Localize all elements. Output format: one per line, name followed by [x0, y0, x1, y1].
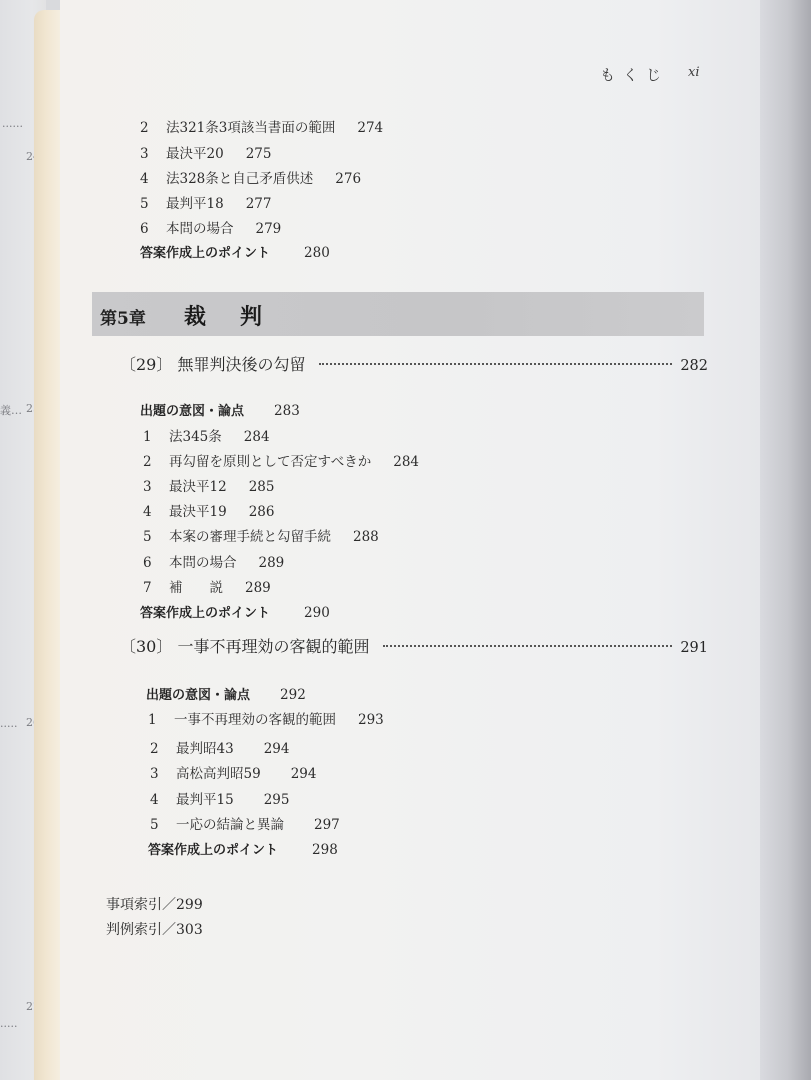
toc-section-30[interactable]: 〔30〕 一事不再理効の客観的範囲 291 [120, 634, 708, 658]
toc-intent[interactable]: 出題の意図・論点283 [140, 400, 300, 419]
toc-item[interactable]: 5一応の結論と異論297 [150, 813, 340, 833]
toc-points[interactable]: 答案作成上のポイント280 [140, 242, 330, 261]
toc-index-subject[interactable]: 事項索引／299 [106, 894, 203, 914]
toc-item[interactable]: 4法328条と自己矛盾供述276 [140, 167, 361, 187]
toc-points[interactable]: 答案作成上のポイント290 [140, 602, 330, 621]
toc-item[interactable]: 3最決平20275 [140, 142, 271, 162]
toc-item[interactable]: 2再勾留を原則として否定すべきか284 [143, 450, 419, 470]
toc-item[interactable]: 1一事不再理効の客観的範囲293 [148, 708, 384, 728]
toc-points[interactable]: 答案作成上のポイント298 [148, 839, 338, 858]
page-shadow [760, 0, 811, 1080]
chapter-title: 裁判 [184, 300, 296, 331]
toc-index-cases[interactable]: 判例索引／303 [106, 919, 203, 939]
page-number: xi [688, 65, 700, 80]
toc-item[interactable]: 5最判平18277 [140, 192, 271, 212]
toc-intent[interactable]: 出題の意図・論点292 [146, 684, 306, 703]
toc-item[interactable]: 2法321条3項該当書面の範囲274 [140, 116, 383, 136]
running-title: もくじ [600, 66, 669, 84]
leader-dots [383, 645, 672, 647]
toc-item[interactable]: 6本問の場合289 [143, 551, 284, 571]
toc-item[interactable]: 6本問の場合279 [140, 217, 281, 237]
left-page-fragment: ····· [0, 720, 17, 733]
left-page-fragment: 義… [0, 402, 22, 418]
toc-item[interactable]: 2最判昭43294 [150, 737, 289, 757]
left-page-fragment: ····· [0, 1020, 17, 1033]
chapter-heading: 第5章 裁判 [92, 292, 704, 336]
running-header: もくじ xi [600, 64, 669, 85]
left-page-fragment: ······ [2, 120, 23, 133]
toc-item[interactable]: 7補 説289 [143, 576, 271, 596]
toc-item[interactable]: 5本案の審理手続と勾留手続288 [143, 525, 379, 545]
chapter-number: 第5章 [100, 304, 146, 329]
toc-section-29[interactable]: 〔29〕 無罪判決後の勾留 282 [120, 352, 708, 376]
toc-item[interactable]: 1法345条284 [143, 425, 270, 445]
toc-item[interactable]: 4最判平15295 [150, 788, 289, 808]
toc-item[interactable]: 3高松高判昭59294 [150, 762, 316, 782]
leader-dots [319, 363, 672, 365]
toc-item[interactable]: 3最決平12285 [143, 475, 274, 495]
toc-item[interactable]: 4最決平19286 [143, 500, 274, 520]
